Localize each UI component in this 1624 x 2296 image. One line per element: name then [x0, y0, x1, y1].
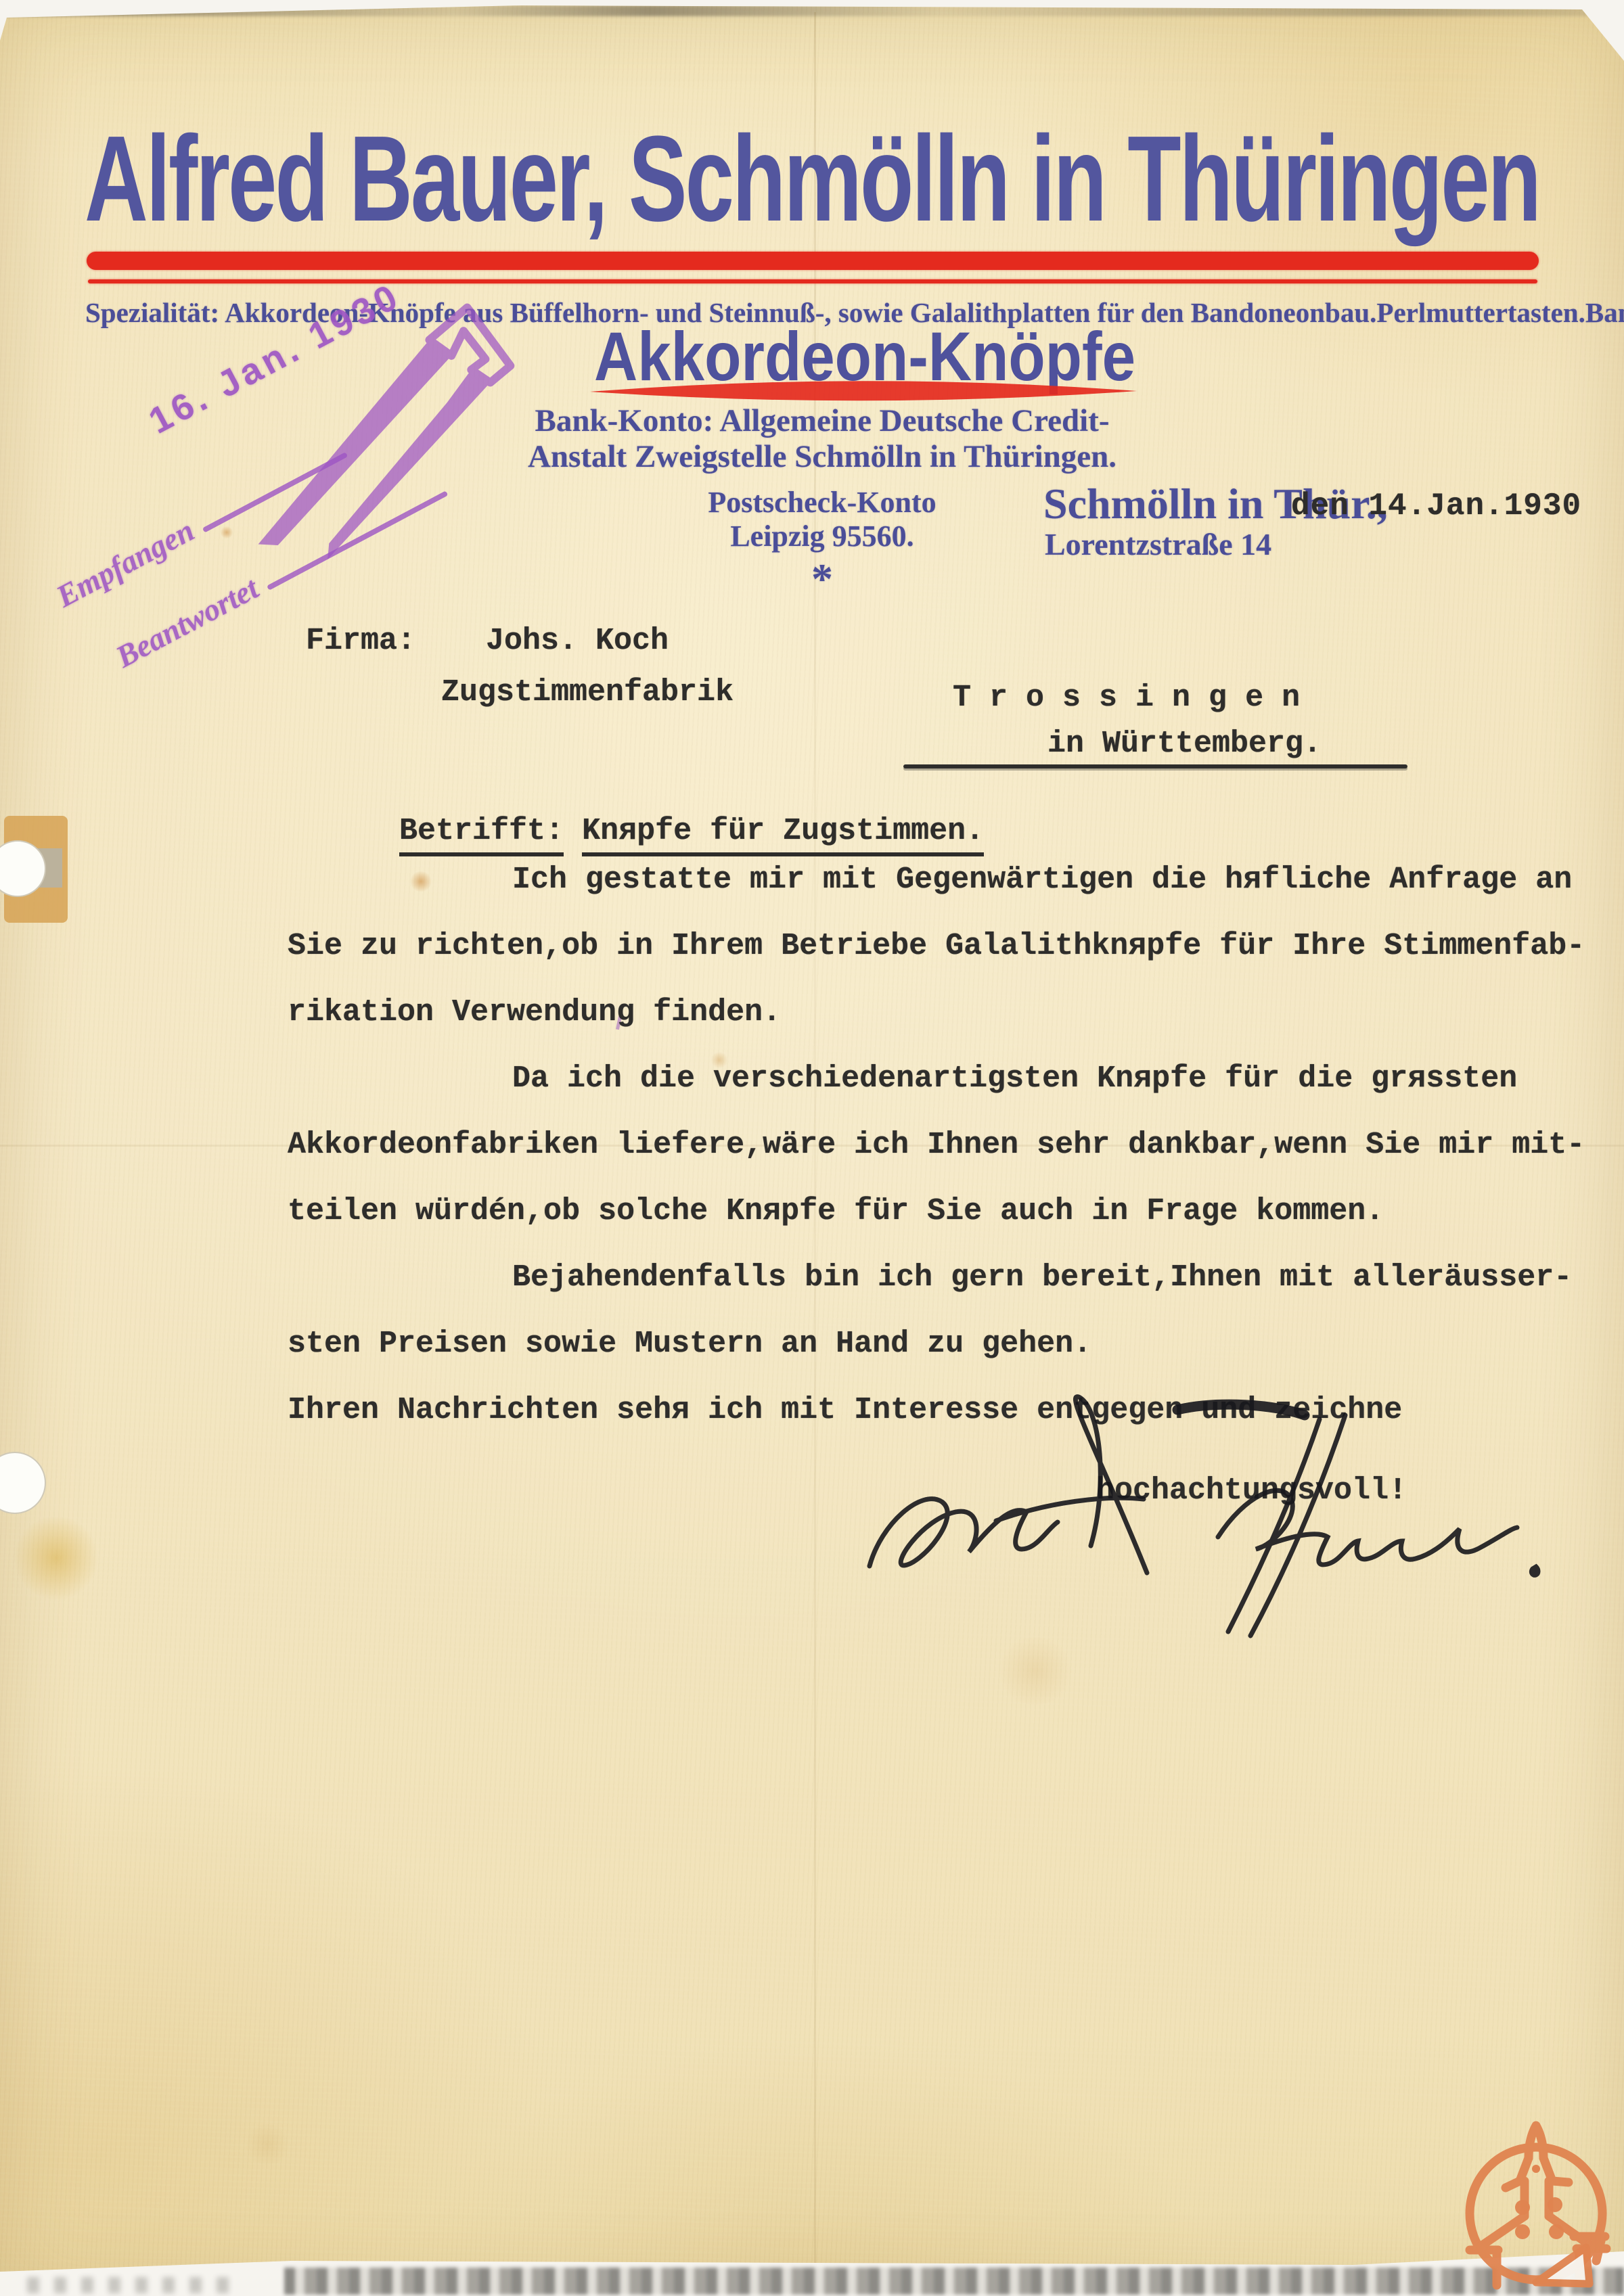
logo-spire: [1529, 2126, 1543, 2158]
recipient-city: T r o s s i n g e n: [953, 681, 1300, 715]
date-typed: den 14.Jan.1930: [1291, 488, 1581, 524]
asterisk-ornament: *: [504, 559, 1140, 599]
recipient-region: in Württemberg.: [1047, 727, 1322, 761]
yellow-stain-left: [12, 1514, 100, 1602]
specialty-plaettchen: Bandoneonplättchen: [1585, 296, 1624, 329]
body-line: Bejahendenfalls bin ich gern bereit,Ihne…: [288, 1245, 1594, 1311]
stamp-received-label: Empfangen: [51, 513, 200, 614]
logo-spire-dot: [1532, 2165, 1540, 2173]
red-rule-thick: [87, 252, 1539, 270]
company-title: Alfred Bauer, Schmölln in Thüringen: [85, 111, 1539, 247]
specialty-tasten: Perlmuttertasten.: [1376, 296, 1585, 329]
street-line: Lorentzstraße 14: [1045, 526, 1271, 562]
red-rule-thin: [88, 279, 1537, 283]
stamp-answered-label: Beantwortet: [110, 570, 264, 674]
body-line: rikation Verwendung finden.: [288, 980, 1594, 1046]
bank-line-1: Bank-Konto: Allgemeine Deutsche Credit-: [504, 403, 1140, 439]
scan-bottom-noise-strip: [284, 2268, 1624, 2295]
body-line: Sie zu richten,ob in Ihrem Betriebe Gala…: [288, 913, 1594, 980]
archive-watermark-logo: [1439, 2115, 1624, 2296]
body-line: Da ich die verschiedenartigsten Knяpfe f…: [288, 1046, 1594, 1112]
letter-body: Ich gestatte mir mit Gegenwärtigen die h…: [288, 847, 1594, 1444]
body-line: teilen würdén,ob solche Knяpfe für Sie a…: [288, 1178, 1594, 1245]
fox-stain: [995, 1637, 1076, 1705]
handwritten-signature: [839, 1367, 1556, 1597]
paper-sheet: Alfred Bauer, Schmölln in Thüringen Spez…: [0, 0, 1624, 2296]
fox-stain: [244, 2124, 291, 2165]
recipient-department: Zugstimmenfabrik: [441, 675, 734, 710]
body-line: Ich gestatte mir mit Gegenwärtigen die h…: [288, 847, 1594, 913]
logo-roof: [1479, 2216, 1593, 2247]
bank-line-2: Anstalt Zweigstelle Schmölln in Thüringe…: [504, 439, 1140, 475]
body-line: Akkordeonfabriken liefere,wäre ich Ihnen…: [288, 1112, 1594, 1178]
recipient-name: Johs. Koch: [486, 624, 669, 658]
recipient-underline: [903, 764, 1407, 768]
company-title-banner: Alfred Bauer, Schmölln in Thüringen: [78, 114, 1546, 239]
punch-hole-bottom: [0, 1452, 46, 1514]
top-edge-shadow: [0, 5, 1624, 16]
letter-scan-page: Alfred Bauer, Schmölln in Thüringen Spez…: [0, 0, 1624, 2296]
scan-bottom-noise-left: [27, 2277, 244, 2293]
firma-label: Firma:: [306, 624, 415, 658]
logo-fold-corner: [1536, 2247, 1589, 2284]
